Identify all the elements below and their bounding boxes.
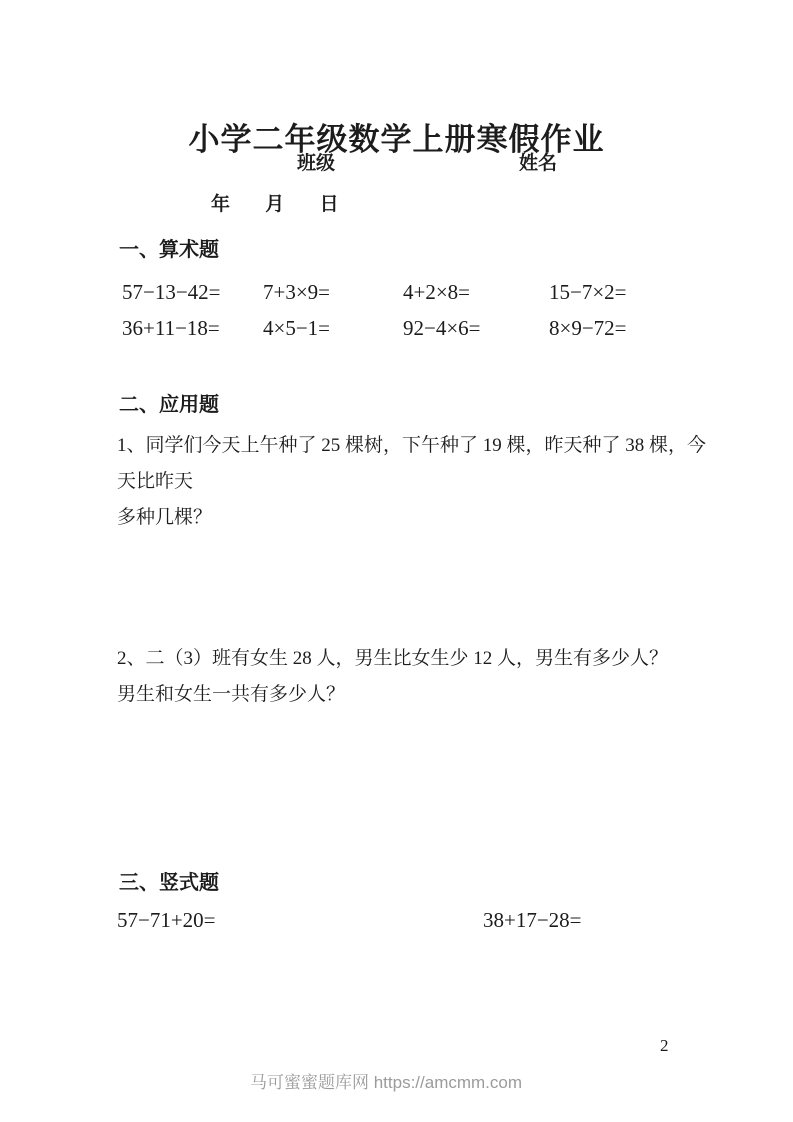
- word-problem-line: 1、同学们今天上午种了 25 棵树，下午种了 19 棵，昨天种了 38 棵，今天…: [117, 428, 707, 500]
- arithmetic-expression: 15−7×2=: [549, 280, 627, 305]
- arithmetic-expression: 92−4×6=: [403, 316, 549, 341]
- vertical-form-expression: 57−71+20=: [117, 908, 216, 933]
- word-problem-2: 2、二（3）班有女生 28 人，男生比女生少 12 人，男生有多少人？ 男生和女…: [117, 641, 707, 713]
- word-problem-line: 2、二（3）班有女生 28 人，男生比女生少 12 人，男生有多少人？: [117, 641, 707, 677]
- section-heading-word-problems: 二、应用题: [119, 388, 219, 417]
- section-heading-arithmetic: 一、算术题: [119, 233, 219, 262]
- arithmetic-row: 36+11−18= 4×5−1= 92−4×6= 8×9−72=: [122, 316, 627, 341]
- word-problem-line: 多种几棵？: [117, 500, 707, 536]
- class-field-label: 班级: [297, 148, 335, 175]
- date-month-label: 月: [265, 194, 284, 215]
- page-number: 2: [660, 1036, 669, 1056]
- section-heading-vertical-form: 三、竖式题: [119, 866, 219, 895]
- arithmetic-row: 57−13−42= 7+3×9= 4+2×8= 15−7×2=: [122, 280, 627, 305]
- date-day-label: 日: [320, 194, 339, 215]
- arithmetic-expression: 4×5−1=: [263, 316, 403, 341]
- worksheet-page: 小学二年级数学上册寒假作业 班级 姓名 年 月 日 一、算术题 57−13−42…: [0, 0, 793, 1122]
- footer-watermark: 马可蜜蜜题库网 https://amcmm.com: [250, 1068, 522, 1093]
- arithmetic-expression: 7+3×9=: [263, 280, 403, 305]
- word-problem-1: 1、同学们今天上午种了 25 棵树，下午种了 19 棵，昨天种了 38 棵，今天…: [117, 428, 707, 536]
- arithmetic-expression: 36+11−18=: [122, 316, 263, 341]
- arithmetic-expression: 4+2×8=: [403, 280, 549, 305]
- page-title: 小学二年级数学上册寒假作业: [0, 114, 793, 159]
- arithmetic-expression: 8×9−72=: [549, 316, 627, 341]
- date-line: 年 月 日: [211, 189, 339, 216]
- date-year-label: 年: [211, 194, 230, 215]
- name-field-label: 姓名: [519, 148, 557, 175]
- vertical-form-expression: 38+17−28=: [483, 908, 582, 933]
- word-problem-line: 男生和女生一共有多少人？: [117, 677, 707, 713]
- arithmetic-expression: 57−13−42=: [122, 280, 263, 305]
